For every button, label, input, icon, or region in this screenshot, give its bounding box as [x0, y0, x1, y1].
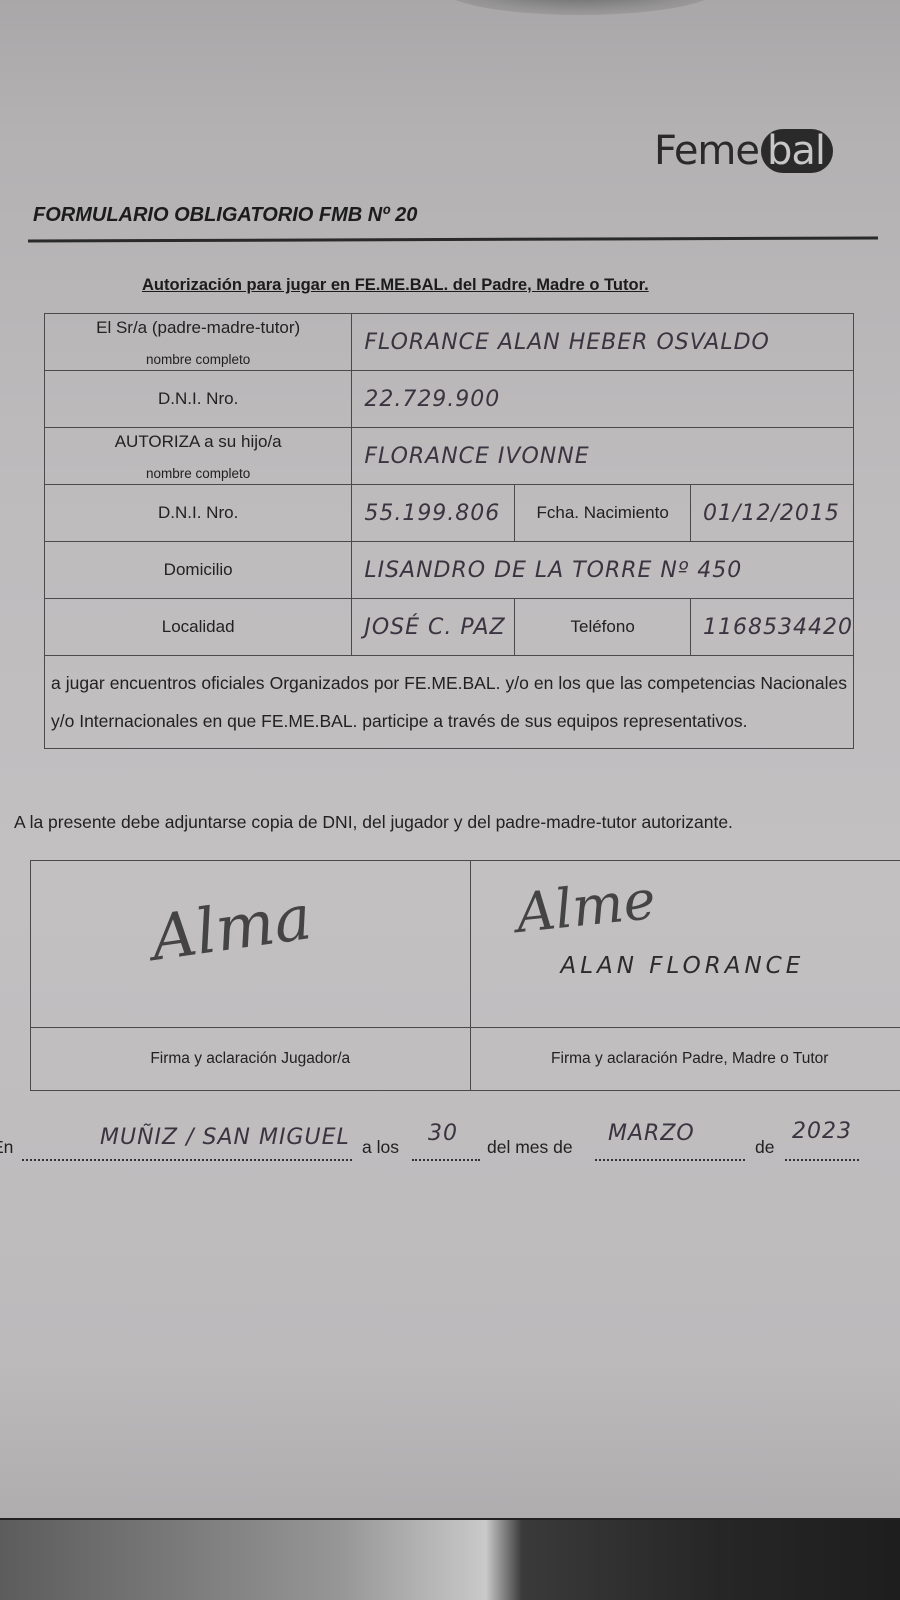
de-label: de — [755, 1137, 774, 1158]
parent-signature-caption: Firma y aclaración Padre, Madre o Tutor — [470, 1028, 900, 1091]
femebal-logo: Femebal — [654, 128, 833, 174]
player-signature-caption: Firma y aclaración Jugador/a — [31, 1028, 471, 1091]
a-los-label: a los — [362, 1137, 399, 1158]
field-label: D.N.I. Nro. — [45, 485, 352, 542]
form-title: FORMULARIO OBLIGATORIO FMB Nº 20 — [33, 204, 417, 227]
player-signature: Alma — [147, 880, 316, 975]
desk-surface — [0, 1518, 900, 1600]
label-text: AUTORIZA a su hijo/a — [115, 432, 282, 451]
form-subtitle: Autorización para jugar en FE.ME.BAL. de… — [142, 276, 649, 295]
form-paper: Femebal FORMULARIO OBLIGATORIO FMB Nº 20… — [0, 0, 900, 1518]
locality-field[interactable]: JOSÉ C. PAZ — [352, 599, 515, 656]
logo-pill: bal — [761, 129, 833, 173]
del-mes-de-label: del mes de — [487, 1137, 573, 1158]
sublabel-text: nombre completo — [45, 466, 351, 481]
table-row: D.N.I. Nro. 55.199.806 Fcha. Nacimiento … — [45, 485, 854, 542]
field-label: Localidad — [45, 599, 352, 656]
phone-field[interactable]: 1168534420 — [691, 599, 854, 656]
logo-text: Feme — [654, 128, 759, 174]
parent-dni-field[interactable]: 22.729.900 — [352, 371, 854, 428]
phone-label: Teléfono — [515, 599, 691, 656]
parent-clarification: ALAN FLORANCE — [561, 953, 805, 979]
birthdate-field[interactable]: 01/12/2015 — [691, 485, 854, 542]
table-row: AUTORIZA a su hijo/a nombre completo FLO… — [45, 428, 854, 485]
authorization-table: El Sr/a (padre-madre-tutor) nombre compl… — [44, 313, 854, 749]
parent-signature: Alme — [513, 868, 658, 945]
field-label: D.N.I. Nro. — [45, 371, 352, 428]
table-row: Domicilio LISANDRO DE LA TORRE Nº 450 — [45, 542, 854, 599]
signature-table: Alma Alme ALAN FLORANCE Firma y aclaraci… — [30, 860, 900, 1091]
date-prefix: En — [0, 1137, 13, 1158]
player-signature-box[interactable]: Alma — [31, 861, 471, 1028]
table-row: Localidad JOSÉ C. PAZ Teléfono 116853442… — [45, 599, 854, 656]
title-divider — [28, 237, 878, 243]
table-row: D.N.I. Nro. 22.729.900 — [45, 371, 854, 428]
year-field[interactable]: 2023 — [792, 1119, 852, 1144]
field-label: AUTORIZA a su hijo/a nombre completo — [45, 428, 352, 485]
child-dni-field[interactable]: 55.199.806 — [352, 485, 515, 542]
day-field[interactable]: 30 — [428, 1121, 458, 1146]
label-text: El Sr/a (padre-madre-tutor) — [96, 318, 300, 337]
table-row: El Sr/a (padre-madre-tutor) nombre compl… — [45, 314, 854, 371]
parent-name-field[interactable]: FLORANCE ALAN HEBER OSVALDO — [352, 314, 854, 371]
parent-signature-box[interactable]: Alme ALAN FLORANCE — [470, 861, 900, 1028]
attachment-notice: A la presente debe adjuntarse copia de D… — [14, 812, 733, 833]
child-name-field[interactable]: FLORANCE IVONNE — [352, 428, 854, 485]
shadow — [440, 0, 720, 15]
sublabel-text: nombre completo — [45, 352, 351, 367]
place-field[interactable]: MUÑIZ / SAN MIGUEL — [100, 1125, 350, 1150]
month-field[interactable]: MARZO — [608, 1121, 695, 1146]
birthdate-label: Fcha. Nacimiento — [515, 485, 691, 542]
address-field[interactable]: LISANDRO DE LA TORRE Nº 450 — [352, 542, 854, 599]
field-label: El Sr/a (padre-madre-tutor) nombre compl… — [45, 314, 352, 371]
table-row: a jugar encuentros oficiales Organizados… — [45, 656, 854, 749]
authorization-text: a jugar encuentros oficiales Organizados… — [45, 656, 854, 749]
field-label: Domicilio — [45, 542, 352, 599]
date-place-line: En MUÑIZ / SAN MIGUEL a los 30 del mes d… — [0, 1125, 900, 1165]
